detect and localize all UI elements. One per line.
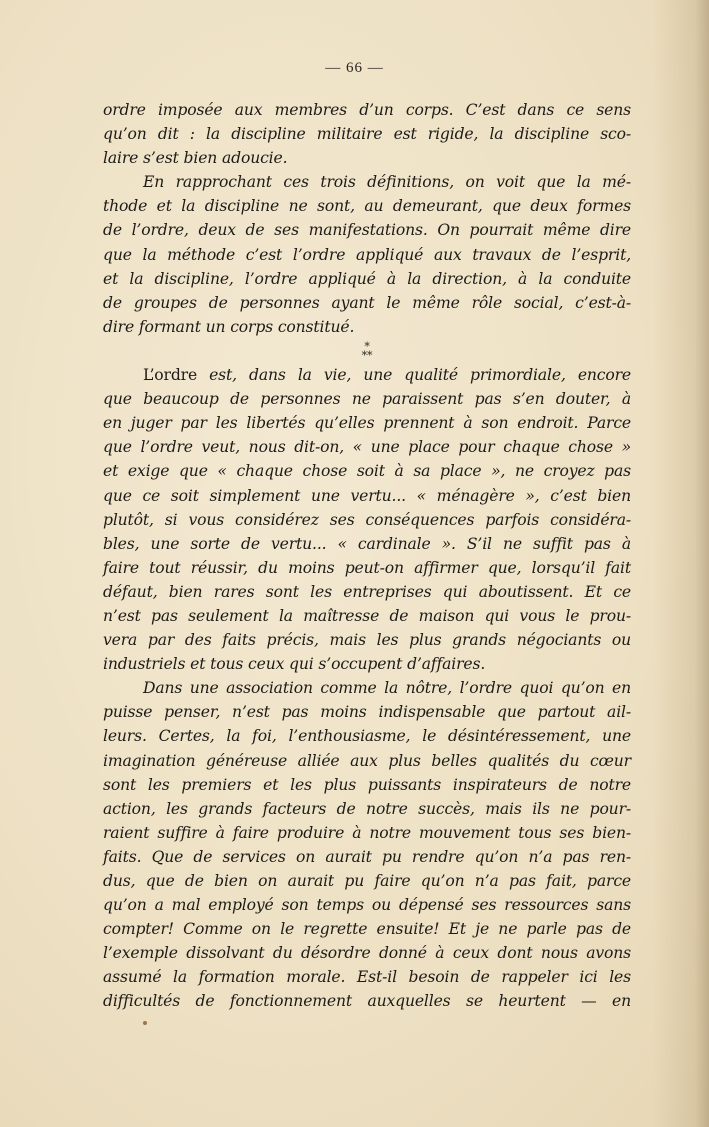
text-line: et exige que « chaque chose soit à sa pl… xyxy=(103,459,631,483)
text-line: assumé la formation morale. Est-il besoi… xyxy=(103,965,631,989)
text-line: L’ordre est, dans la vie, une qualité pr… xyxy=(103,363,631,387)
text-line: en juger par les libertés qu’elles prenn… xyxy=(103,411,631,435)
text-line: que ce soit simplement une vertu... « mé… xyxy=(103,484,631,508)
text-line: imagination généreuse alliée aux plus be… xyxy=(103,749,631,773)
text-line: de groupes de personnes ayant le même rô… xyxy=(103,291,631,315)
text-line: compter! Comme on le regrette ensuite! E… xyxy=(103,917,631,941)
text-line: que beaucoup de personnes ne paraissent … xyxy=(103,387,631,411)
paragraph-4: Dans une association comme la nôtre, l’o… xyxy=(103,676,631,1013)
text-line: qu’on dit : la discipline militaire est … xyxy=(103,122,631,146)
paragraph-2: En rapprochant ces trois définitions, on… xyxy=(103,170,631,339)
text-line: vera par des faits précis, mais les plus… xyxy=(103,628,631,652)
text-line: faits. Que de services on aurait pu rend… xyxy=(103,845,631,869)
text-line: laire s’est bien adoucie. xyxy=(103,146,631,170)
text-fragment: est, dans la vie, une qualité primordial… xyxy=(197,366,631,384)
text-line: défaut, bien rares sont les entreprises … xyxy=(103,580,631,604)
page-number: — 66 — xyxy=(0,60,709,77)
paragraph-3: L’ordre est, dans la vie, une qualité pr… xyxy=(103,363,631,676)
text-line: dire formant un corps constitué. xyxy=(103,315,631,339)
text-line: puisse penser, n’est pas moins indispens… xyxy=(103,700,631,724)
text-line: En rapprochant ces trois définitions, on… xyxy=(103,170,631,194)
text-line: dus, que de bien on aurait pu faire qu’o… xyxy=(103,869,631,893)
text-line: n’est pas seulement la maîtresse de mais… xyxy=(103,604,631,628)
paragraph-1: ordre imposée aux membres d’un corps. C’… xyxy=(103,98,631,170)
text-line: sont les premiers et les plus puissants … xyxy=(103,773,631,797)
text-line: action, les grands facteurs de notre suc… xyxy=(103,797,631,821)
text-line: de l’ordre, deux de ses manifestations. … xyxy=(103,218,631,242)
asterism-bottom: ** xyxy=(103,351,631,360)
text-line: et la discipline, l’ordre appliqué à la … xyxy=(103,267,631,291)
text-line: raient suffire à faire produire à notre … xyxy=(103,821,631,845)
text-line: industriels et tous ceux qui s’occupent … xyxy=(103,652,631,676)
text-line: faire tout réussir, du moins peut-on aff… xyxy=(103,556,631,580)
text-line: plutôt, si vous considérez ses conséquen… xyxy=(103,508,631,532)
ink-spot xyxy=(143,1021,147,1025)
text-line: Dans une association comme la nôtre, l’o… xyxy=(103,676,631,700)
text-line: l’exemple dissolvant du désordre donné à… xyxy=(103,941,631,965)
text-line: bles, une sorte de vertu... « cardinale … xyxy=(103,532,631,556)
text-line: leurs. Certes, la foi, l’enthousiasme, l… xyxy=(103,724,631,748)
text-line: thode et la discipline ne sont, au demeu… xyxy=(103,194,631,218)
book-page: — 66 — ordre imposée aux membres d’un co… xyxy=(0,0,709,1127)
text-line: difficultés de fonctionnement auxquelles… xyxy=(103,989,631,1013)
body-text: ordre imposée aux membres d’un corps. C’… xyxy=(103,98,631,1014)
first-word: L’ordre xyxy=(143,366,197,384)
text-line: ordre imposée aux membres d’un corps. C’… xyxy=(103,98,631,122)
asterism-separator: * ** xyxy=(103,339,631,363)
text-line: que l’ordre veut, nous dit-on, « une pla… xyxy=(103,435,631,459)
text-line: que la méthode c’est l’ordre appliqué au… xyxy=(103,243,631,267)
text-line: qu’on a mal employé son temps ou dépensé… xyxy=(103,893,631,917)
